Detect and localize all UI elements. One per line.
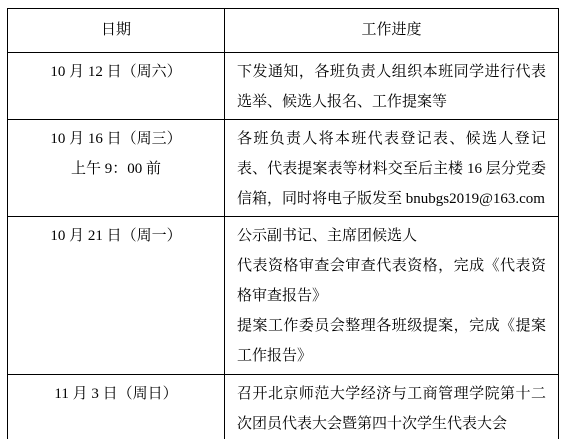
progress-cell: 召开北京师范大学经济与工商管理学院第十二次团员代表大会暨第四十次学生代表大会 (225, 375, 559, 439)
progress-paragraph: 召开北京师范大学经济与工商管理学院第十二次团员代表大会暨第四十次学生代表大会 (237, 379, 546, 439)
table-row: 10 月 21 日（周一） 公示副书记、主席团候选人 代表资格审查会审查代表资格… (8, 217, 559, 375)
progress-cell: 各班负责人将本班代表登记表、候选人登记表、代表提案表等材料交至后主楼 16 层分… (225, 120, 559, 217)
date-time-line: 上午 9：00 前 (14, 154, 218, 184)
table-row: 11 月 3 日（周日） 召开北京师范大学经济与工商管理学院第十二次团员代表大会… (8, 375, 559, 439)
progress-paragraph: 代表资格审查会审查代表资格，完成《代表资格审查报告》 (237, 251, 546, 311)
progress-paragraph: 提案工作委员会整理各班级提案，完成《提案工作报告》 (237, 311, 546, 371)
date-line: 10 月 12 日（周六） (14, 57, 218, 87)
progress-paragraph: 下发通知，各班负责人组织本班同学进行代表选举、候选人报名、工作提案等 (237, 57, 546, 117)
date-line: 10 月 16 日（周三） (14, 124, 218, 154)
table-header-row: 日期 工作进度 (8, 9, 559, 53)
schedule-table: 日期 工作进度 10 月 12 日（周六） 下发通知，各班负责人组织本班同学进行… (7, 8, 559, 439)
date-cell: 10 月 21 日（周一） (8, 217, 225, 375)
date-line: 11 月 3 日（周日） (14, 379, 218, 409)
progress-paragraph: 各班负责人将本班代表登记表、候选人登记表、代表提案表等材料交至后主楼 16 层分… (237, 124, 546, 214)
date-cell: 10 月 16 日（周三） 上午 9：00 前 (8, 120, 225, 217)
document-page: 日期 工作进度 10 月 12 日（周六） 下发通知，各班负责人组织本班同学进行… (0, 0, 565, 439)
header-progress: 工作进度 (225, 9, 559, 53)
table-row: 10 月 12 日（周六） 下发通知，各班负责人组织本班同学进行代表选举、候选人… (8, 53, 559, 120)
progress-cell: 下发通知，各班负责人组织本班同学进行代表选举、候选人报名、工作提案等 (225, 53, 559, 120)
progress-cell: 公示副书记、主席团候选人 代表资格审查会审查代表资格，完成《代表资格审查报告》 … (225, 217, 559, 375)
date-line: 10 月 21 日（周一） (14, 221, 218, 251)
table-row: 10 月 16 日（周三） 上午 9：00 前 各班负责人将本班代表登记表、候选… (8, 120, 559, 217)
progress-paragraph: 公示副书记、主席团候选人 (237, 221, 546, 251)
header-date: 日期 (8, 9, 225, 53)
date-cell: 10 月 12 日（周六） (8, 53, 225, 120)
date-cell: 11 月 3 日（周日） (8, 375, 225, 439)
